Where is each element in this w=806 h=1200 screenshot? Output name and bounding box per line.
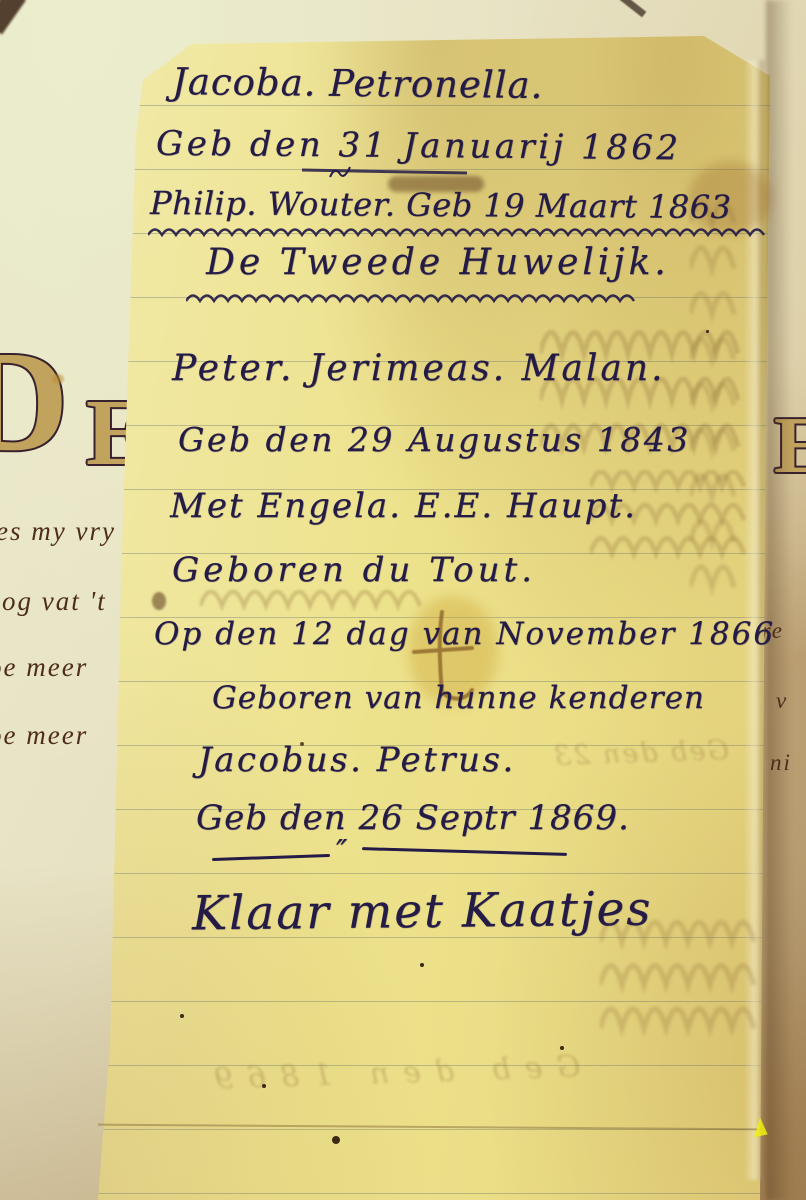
handwriting-line: Jacobus. Petrus. [198,740,516,780]
handwriting-line: Op den 12 dag van November 1866 [154,616,775,652]
top-mark [614,0,647,17]
squiggle-underline [186,288,636,308]
bleedthrough-text: Geb den 23 [552,735,730,772]
speck [706,330,709,333]
handwriting-line: Klaar met Kaatjes [192,882,653,942]
speck [180,1014,184,1018]
handwriting-line: Philip. Wouter. Geb 19 Maart 1863 [150,184,732,226]
handwriting-line: Peter. Jerimeas. Malan. [172,348,665,389]
squiggle-underline [148,222,768,242]
handwriting-line: Geb den 29 Augustus 1843 [178,420,691,459]
handwriting-line: Geb den 26 Septr 1869. [196,798,630,838]
bleedthrough-scribble [600,920,780,1060]
insertion-mark [328,164,352,180]
orange-fleck [52,374,64,384]
corner-mark [0,0,26,35]
handwriting-line: Jacoba. Petronella. [172,60,544,107]
document-photo: D E es my vry og vat 't oe meer oe meer … [0,0,806,1200]
printed-line: oe meer [0,652,88,683]
handwriting-line: Met Engela. E.E. Haupt. [170,486,637,526]
handwriting-line: Geb den 31 Januarij 1862 [156,124,682,169]
speck [420,963,424,967]
speck [560,1046,564,1050]
handwriting-line: Geboren du Tout. [172,550,536,590]
printed-line: og vat 't [2,586,107,617]
printed-line: es my vry [0,516,116,547]
edge-spot [152,592,166,610]
printed-initial-d: D [0,330,69,475]
speck [262,1084,266,1088]
ditto-mark: ″ [336,834,347,869]
handwriting-line: Geboren van hunne kenderen [212,680,705,716]
bleedthrough-scribble [690,200,760,620]
printed-line: oe meer [0,720,88,751]
handwriting-line: De Tweede Huwelijk. [206,242,670,283]
speck [332,1136,340,1144]
